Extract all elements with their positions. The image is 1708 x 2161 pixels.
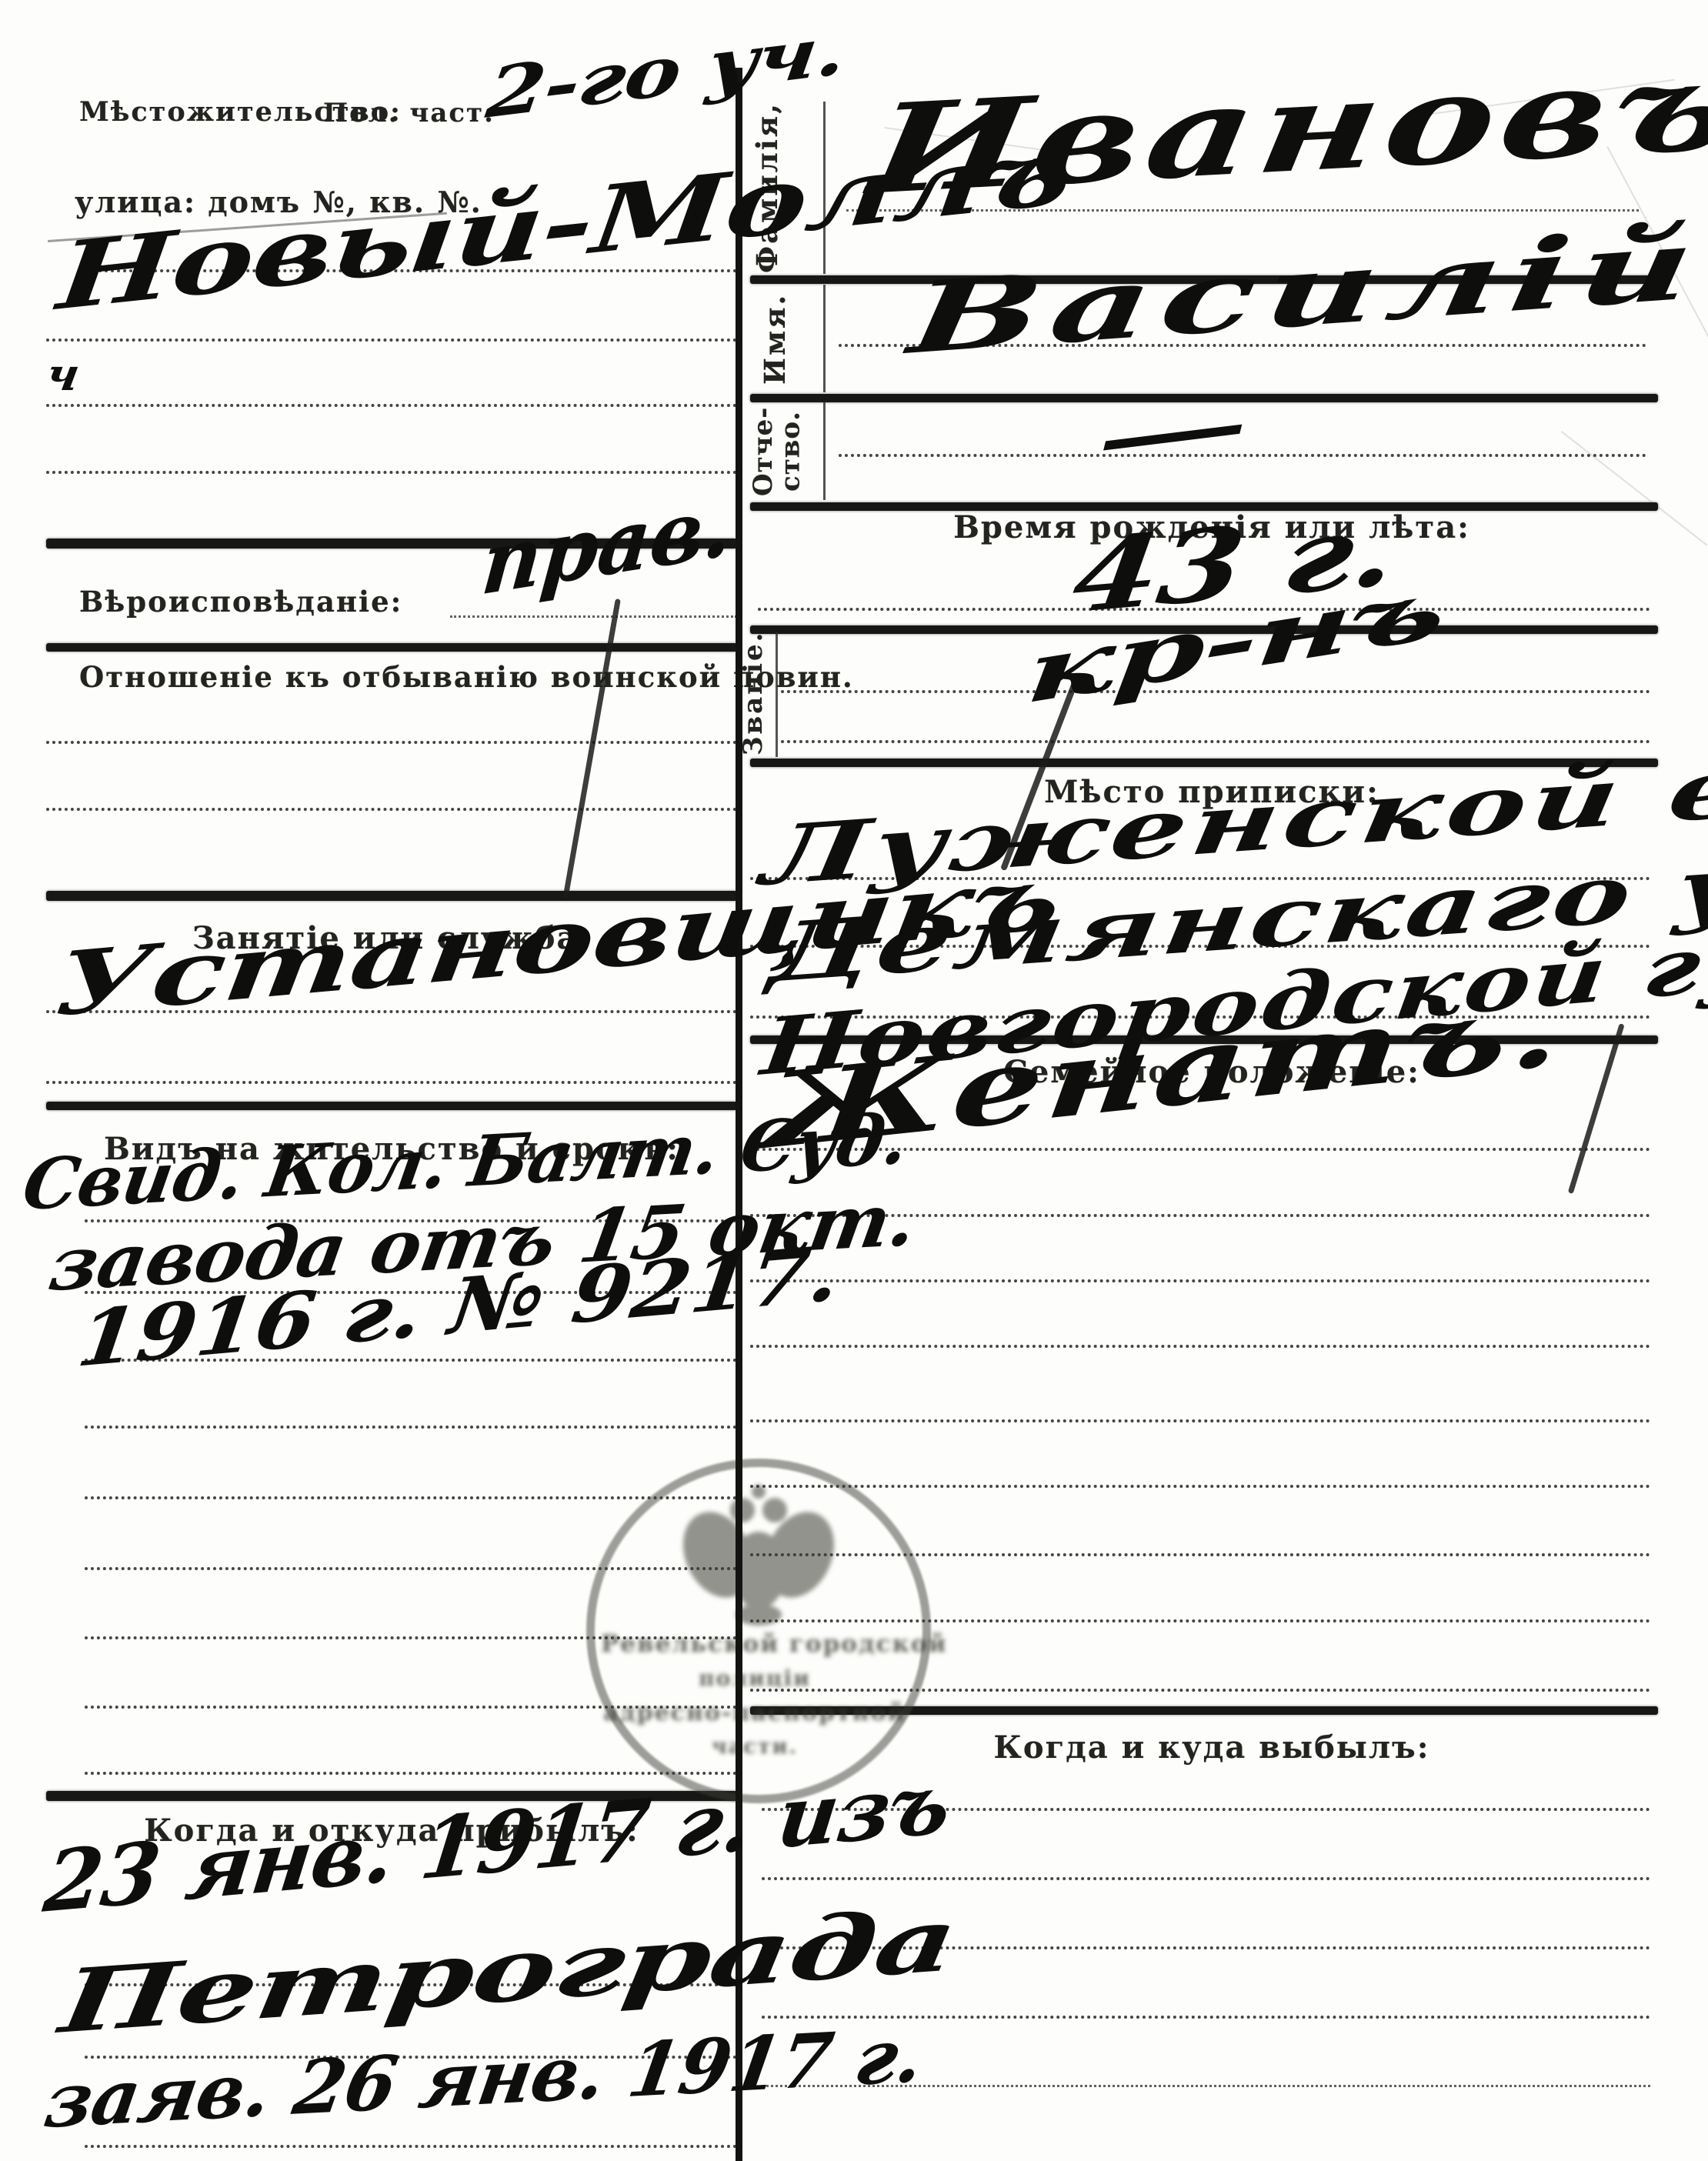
- pen-stroke: [1568, 1023, 1625, 1194]
- dotted-line: [750, 1279, 1650, 1282]
- police-part-value: 2-го уч.: [483, 15, 849, 128]
- dotted-line: [750, 1345, 1650, 1348]
- name-label: Имя.: [760, 288, 790, 389]
- section-rule: [46, 643, 737, 652]
- stamp-text-line: полиціи: [601, 1666, 909, 1691]
- police-part-label: Пол. част.: [323, 98, 495, 128]
- dotted-line: [781, 740, 1650, 743]
- label-cell-separator: [776, 632, 778, 757]
- dotted-line: [750, 1485, 1650, 1488]
- dotted-line: [85, 1426, 737, 1429]
- patronymic-label: Отче- ство.: [750, 403, 805, 500]
- stamp-text-line: Ревельской городской: [601, 1630, 909, 1658]
- dotted-line: [46, 1081, 737, 1084]
- label-cell-separator: [823, 402, 826, 500]
- religion-value: прав.: [479, 483, 735, 608]
- dotted-line: [46, 338, 737, 342]
- dotted-line: [762, 1877, 1650, 1880]
- rank-label: Званіе.: [740, 635, 768, 755]
- dotted-line: [85, 1496, 737, 1499]
- surname-value: Ивановъ: [863, 44, 1708, 212]
- dotted-line: [450, 615, 737, 618]
- dotted-line: [46, 808, 737, 811]
- registration-card: Мѣстожительство: Пол. част. улица: домъ …: [0, 0, 1708, 2161]
- section-rule: [46, 1102, 737, 1110]
- patronymic-value: —: [1091, 384, 1252, 479]
- dotted-line: [85, 1772, 737, 1775]
- religion-label: Вѣроисповѣданіе:: [79, 585, 402, 619]
- double-eagle-icon: [672, 1479, 846, 1630]
- address-note: ч: [43, 352, 82, 397]
- dotted-line: [46, 741, 737, 744]
- dotted-line: [46, 471, 737, 474]
- stamp-text-line: адресно-паспортной: [601, 1699, 909, 1726]
- stamp-text-line: части.: [601, 1735, 909, 1759]
- round-stamp: Ревельской городской полиціи адресно-пас…: [586, 1459, 931, 1803]
- dotted-line: [85, 2145, 737, 2148]
- label-cell-separator: [823, 285, 826, 392]
- dotted-line: [750, 1419, 1650, 1422]
- dotted-line: [46, 404, 737, 407]
